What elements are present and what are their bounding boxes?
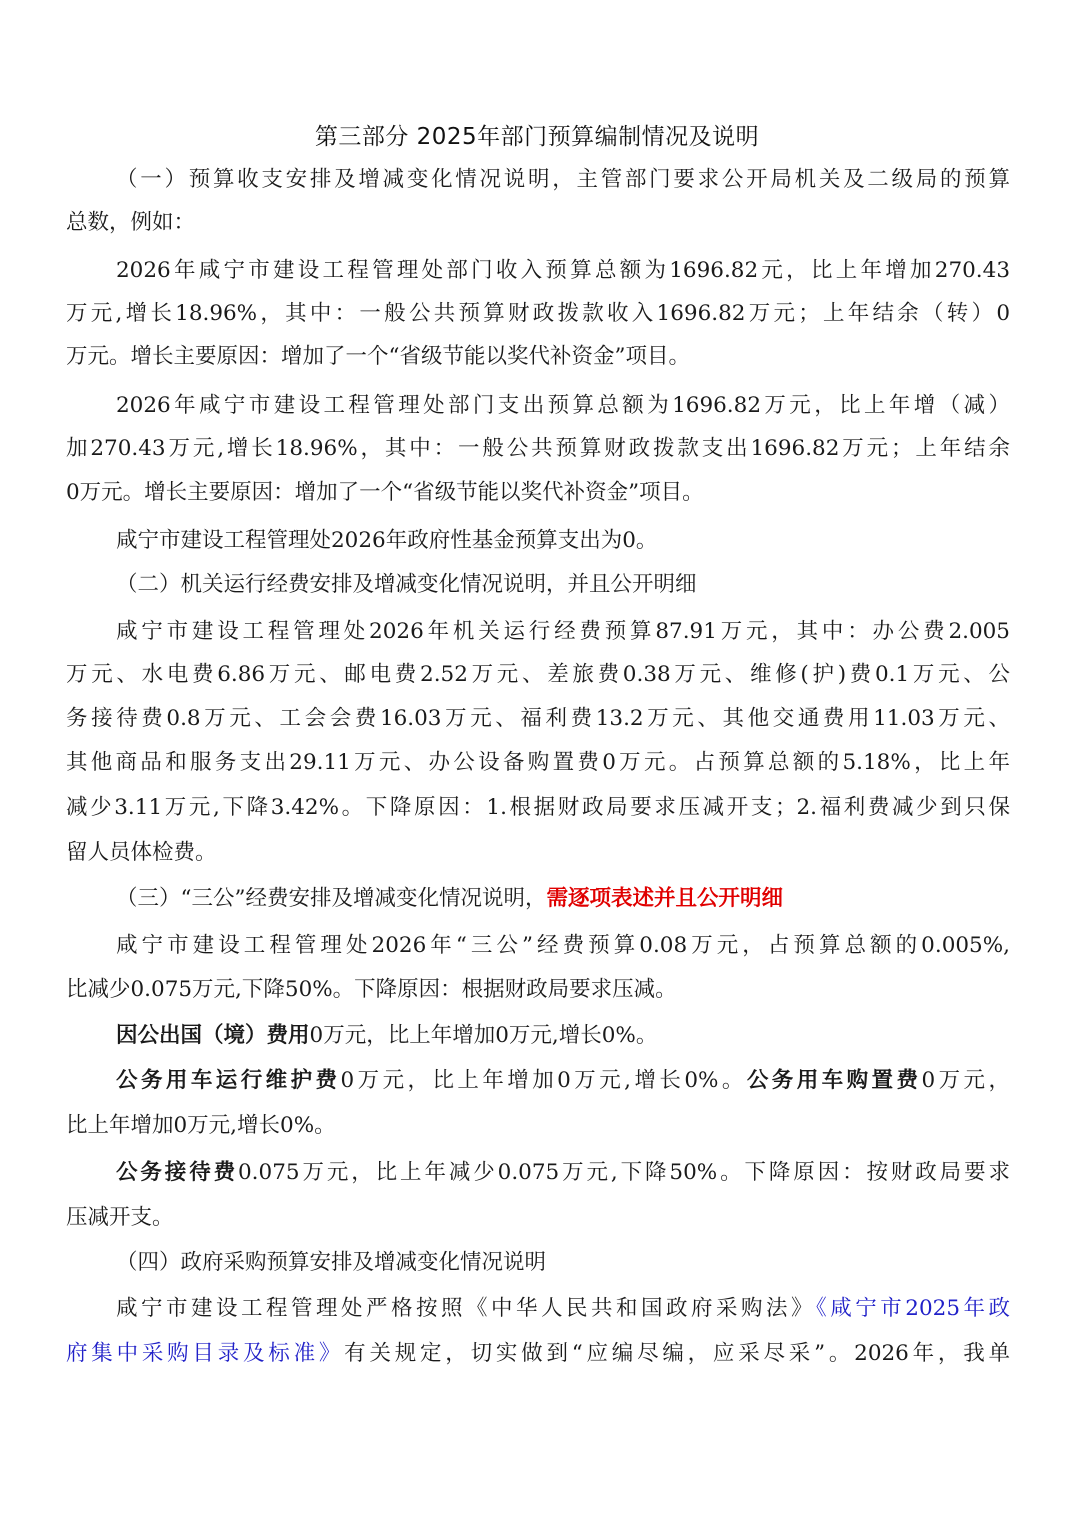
- section2-paragraph-l5: 减少3.11万元,下降3.42%。下降原因：1.根据财政局要求压减开支；2.福利…: [66, 793, 1010, 823]
- section1-heading: （一）预算收支安排及增减变化情况说明，主管部门要求公开局机关及二级局的预算: [116, 165, 1010, 195]
- section4-paragraph-l2-text: 有关规定，切实做到“应编尽编，应采尽采”。2026年，我单: [344, 1341, 1010, 1366]
- section4-paragraph-text: 咸宁市建设工程管理处严格按照《中华人民共和国政府采购法》: [116, 1296, 816, 1321]
- section2-paragraph-l4: 其他商品和服务支出29.11万元、办公设备购置费0万元。占预算总额的5.18%，…: [66, 748, 1010, 778]
- section2-paragraph-l6: 留人员体检费。: [66, 838, 1010, 868]
- section2-paragraph-l2: 万元、水电费6.86万元、邮电费2.52万元、差旅费0.38万元、维修(护)费0…: [66, 660, 1010, 690]
- abroad-expense-text: 0万元，比上年增加0万元,增长0%。: [310, 1023, 658, 1048]
- vehicle-expense-line-l2: 比上年增加0万元,增长0%。: [66, 1111, 1010, 1141]
- section2-paragraph-l3: 务接待费0.8万元、工会会费16.03万元、福利费13.2万元、其他交通费用11…: [66, 704, 1010, 734]
- section3-heading-note: 需逐项表述并且公开明细: [547, 886, 784, 911]
- procurement-catalog-link-cont[interactable]: 府集中采购目录及标准》: [66, 1341, 344, 1366]
- reception-expense-label: 公务接待费: [116, 1160, 238, 1185]
- reception-expense-line-l2: 压减开支。: [66, 1203, 1010, 1233]
- section4-paragraph-l2: 府集中采购目录及标准》有关规定，切实做到“应编尽编，应采尽采”。2026年，我单: [66, 1339, 1010, 1369]
- procurement-catalog-link[interactable]: 《咸宁市2025年政: [816, 1296, 1010, 1321]
- section1-income-paragraph-l3: 万元。增长主要原因：增加了一个“省级节能以奖代补资金”项目。: [66, 342, 1010, 372]
- section3-heading: （三）“三公”经费安排及增减变化情况说明，需逐项表述并且公开明细: [116, 884, 1060, 914]
- section2-paragraph: 咸宁市建设工程管理处2026年机关运行经费预算87.91万元，其中：办公费2.0…: [116, 617, 1010, 647]
- reception-expense-line: 公务接待费0.075万元，比上年减少0.075万元,下降50%。下降原因：按财政…: [116, 1158, 1010, 1188]
- section2-heading: （二）机关运行经费安排及增减变化情况说明，并且公开明细: [116, 570, 1060, 600]
- abroad-expense-line: 因公出国（境）费用0万元，比上年增加0万元,增长0%。: [116, 1021, 1010, 1051]
- vehicle-purchase-text: 0万元，: [921, 1068, 1010, 1093]
- reception-expense-text: 0.075万元，比上年减少0.075万元,下降50%。下降原因：按财政局要求: [238, 1160, 1010, 1185]
- vehicle-ops-text: 0万元，比上年增加0万元,增长0%。: [341, 1068, 747, 1093]
- section1-income-paragraph: 2026年咸宁市建设工程管理处部门收入预算总额为1696.82元，比上年增加27…: [116, 256, 1010, 286]
- section3-heading-text: （三）“三公”经费安排及增减变化情况说明，: [116, 886, 547, 911]
- section4-paragraph: 咸宁市建设工程管理处严格按照《中华人民共和国政府采购法》《咸宁市2025年政: [116, 1294, 1010, 1324]
- section1-expense-paragraph: 2026年咸宁市建设工程管理处部门支出预算总额为1696.82万元，比上年增（减…: [116, 391, 1010, 421]
- section4-heading: （四）政府采购预算安排及增减变化情况说明: [116, 1248, 1060, 1278]
- vehicle-expense-line: 公务用车运行维护费0万元，比上年增加0万元,增长0%。公务用车购置费0万元，: [116, 1066, 1010, 1096]
- section3-paragraph-l2: 比减少0.075万元,下降50%。下降原因：根据财政局要求压减。: [66, 975, 1010, 1005]
- section1-expense-paragraph-l3: 0万元。增长主要原因：增加了一个“省级节能以奖代补资金”项目。: [66, 478, 1010, 508]
- section1-heading-cont: 总数，例如：: [66, 208, 1010, 238]
- section3-paragraph: 咸宁市建设工程管理处2026年“三公”经费预算0.08万元，占预算总额的0.00…: [116, 931, 1010, 961]
- page-title: 第三部分 2025年部门预算编制情况及说明: [0, 118, 1074, 151]
- document-page: 第三部分 2025年部门预算编制情况及说明 （一）预算收支安排及增减变化情况说明…: [0, 0, 1074, 1520]
- vehicle-ops-label: 公务用车运行维护费: [116, 1068, 341, 1093]
- section1-expense-paragraph-l2: 加270.43万元,增长18.96%，其中：一般公共预算财政拨款支出1696.8…: [66, 434, 1010, 464]
- abroad-expense-label: 因公出国（境）费用: [116, 1023, 310, 1048]
- section1-fund-paragraph: 咸宁市建设工程管理处2026年政府性基金预算支出为0。: [116, 526, 1010, 556]
- vehicle-purchase-label: 公务用车购置费: [747, 1068, 922, 1093]
- section1-income-paragraph-l2: 万元,增长18.96%，其中：一般公共预算财政拨款收入1696.82万元；上年结…: [66, 299, 1010, 329]
